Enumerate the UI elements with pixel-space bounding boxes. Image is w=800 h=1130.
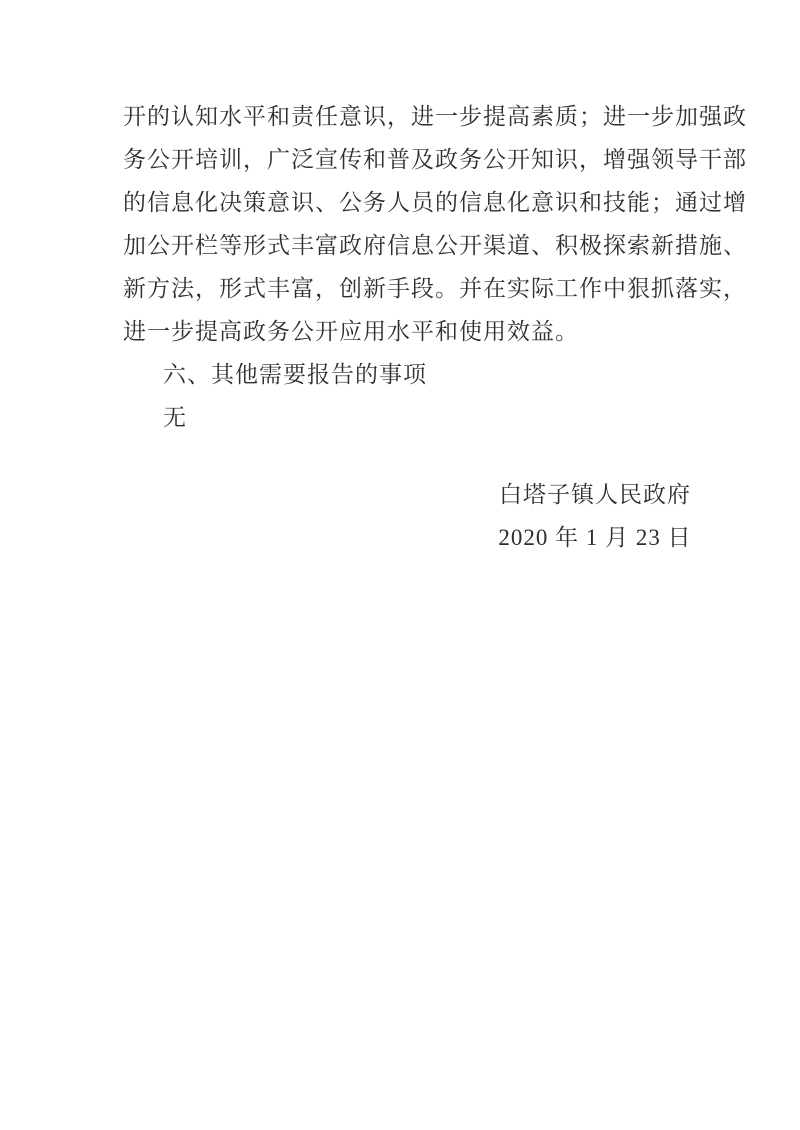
body-line: 务公开培训，广泛宣传和普及政务公开知识，增强领导干部: [123, 138, 695, 181]
signature-organization: 白塔子镇人民政府: [420, 473, 770, 516]
signature-block: 白塔子镇人民政府 2020 年 1 月 23 日: [420, 473, 770, 559]
section-content: 无: [123, 396, 695, 439]
body-line: 加公开栏等形式丰富政府信息公开渠道、积极探索新措施、: [123, 224, 695, 267]
section-heading: 六、其他需要报告的事项: [123, 353, 695, 396]
body-line: 的信息化决策意识、公务人员的信息化意识和技能；通过增: [123, 181, 695, 224]
document-body: 开的认知水平和责任意识，进一步提高素质；进一步加强政 务公开培训，广泛宣传和普及…: [123, 95, 695, 439]
document-page: 开的认知水平和责任意识，进一步提高素质；进一步加强政 务公开培训，广泛宣传和普及…: [0, 0, 800, 1130]
body-line: 新方法，形式丰富，创新手段。并在实际工作中狠抓落实，: [123, 267, 695, 310]
signature-date: 2020 年 1 月 23 日: [420, 516, 770, 559]
body-line: 开的认知水平和责任意识，进一步提高素质；进一步加强政: [123, 95, 695, 138]
body-line: 进一步提高政务公开应用水平和使用效益。: [123, 310, 695, 353]
